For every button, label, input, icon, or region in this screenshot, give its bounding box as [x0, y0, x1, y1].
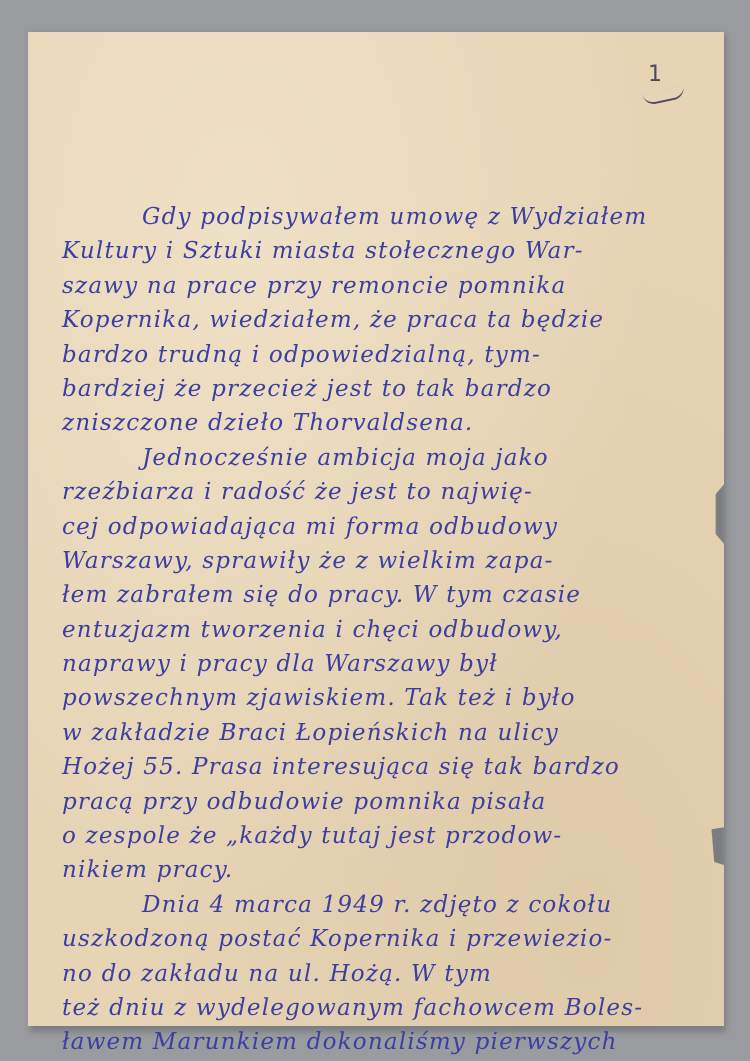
text-line: entuzjazm tworzenia i chęci odbudowy, [62, 613, 722, 647]
text-line: cej odpowiadająca mi forma odbudowy [62, 510, 722, 544]
text-line: Dnia 4 marca 1949 r. zdjęto z cokołu [62, 888, 722, 922]
text-line: o zespole że „każdy tutaj jest przodow- [62, 819, 722, 853]
text-line: no do zakładu na ul. Hożą. W tym [62, 957, 722, 991]
text-line: też dniu z wydelegowanym fachowcem Boles… [62, 991, 722, 1025]
page-number: 1 [648, 62, 662, 87]
text-line: bardziej że przecież jest to tak bardzo [62, 372, 722, 406]
text-line: bardzo trudną i odpowiedzialną, tym- [62, 338, 722, 372]
text-line: Gdy podpisywałem umowę z Wydziałem [62, 200, 722, 234]
text-line: Warszawy, sprawiły że z wielkim zapa- [62, 544, 722, 578]
text-line: Jednocześnie ambicja moja jako [62, 441, 722, 475]
text-line: powszechnym zjawiskiem. Tak też i było [62, 681, 722, 715]
text-line: Kopernika, wiedziałem, że praca ta będzi… [62, 303, 722, 337]
text-line: nikiem pracy. [62, 853, 722, 887]
text-line: pracą przy odbudowie pomnika pisała [62, 785, 722, 819]
text-line: łem zabrałem się do pracy. W tym czasie [62, 578, 722, 612]
text-line: w zakładzie Braci Łopieńskich na ulicy [62, 716, 722, 750]
text-line: zniszczone dzieło Thorvaldsena. [62, 406, 722, 440]
text-line: Hożej 55. Prasa interesująca się tak bar… [62, 750, 722, 784]
text-line: naprawy i pracy dla Warszawy był [62, 647, 722, 681]
text-line: Kultury i Sztuki miasta stołecznego War- [62, 234, 722, 268]
text-line: ławem Marunkiem dokonaliśmy pierwszych [62, 1025, 722, 1059]
text-line: rzeźbiarza i radość że jest to najwię- [62, 475, 722, 509]
text-line: szawy na prace przy remoncie pomnika [62, 269, 722, 303]
page-number-underline [642, 86, 686, 106]
text-line: uszkodzoną postać Kopernika i przewiezio… [62, 922, 722, 956]
handwritten-text: Gdy podpisywałem umowę z WydziałemKultur… [62, 200, 722, 1060]
